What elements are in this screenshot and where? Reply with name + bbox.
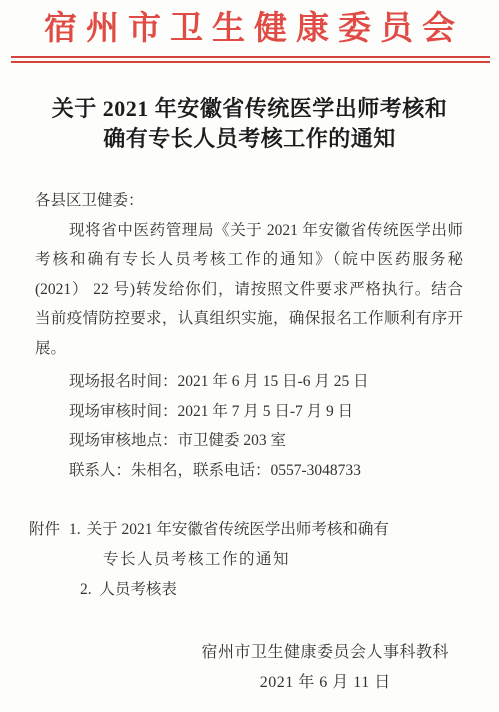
doc-body: 各县区卫健委： 现将省中医药管理局《关于 2021 年安徽省传统医学出师 考核和… xyxy=(0,186,499,485)
signature-block: 宿州市卫生健康委员会人事科教科 2021 年 6 月 11 日 xyxy=(201,638,449,698)
paragraph-line: 当前疫情防控要求，认真组织实施，确保报名工作顺利有序开 xyxy=(35,304,463,334)
letterhead: 宿州市卫生健康委员会 xyxy=(0,0,499,63)
attachment-section: 附件 1. 关于 2021 年安徽省传统医学出师考核和确有 专长人员考核工作的通… xyxy=(0,515,499,605)
attachment-row-1: 附件 1. 关于 2021 年安徽省传统医学出师考核和确有 xyxy=(29,515,499,545)
letterhead-divider xyxy=(11,56,490,63)
doc-title-line2: 确有专长人员考核工作的通知 xyxy=(0,124,499,154)
info-block: 现场报名时间：2021 年 6 月 15 日-6 月 25 日 现场审核时间：2… xyxy=(69,367,499,485)
doc-title-line1: 关于 2021 年安徽省传统医学出师考核和 xyxy=(0,94,499,124)
main-paragraph: 现将省中医药管理局《关于 2021 年安徽省传统医学出师 考核和确有专长人员考核… xyxy=(35,216,463,364)
doc-title: 关于 2021 年安徽省传统医学出师考核和 确有专长人员考核工作的通知 xyxy=(0,94,499,154)
paragraph-line: 现将省中医药管理局《关于 2021 年安徽省传统医学出师 xyxy=(35,216,463,246)
review-time-line: 现场审核时间：2021 年 7 月 5 日-7 月 9 日 xyxy=(69,397,499,427)
attachment-item-1-text: 关于 2021 年安徽省传统医学出师考核和确有 xyxy=(87,515,389,545)
signature-date: 2021 年 6 月 11 日 xyxy=(201,668,449,698)
org-name: 宿州市卫生健康委员会 xyxy=(0,0,499,49)
paragraph-line: (2021） 22 号)转发给你们，请按照文件要求严格执行。结合 xyxy=(35,275,463,305)
contact-line: 联系人：朱相名，联系电话：0557-3048733 xyxy=(69,456,499,486)
attachment-item-1: 1. 关于 2021 年安徽省传统医学出师考核和确有 xyxy=(69,515,389,545)
salutation: 各县区卫健委： xyxy=(35,186,463,216)
attachment-item-1-continued: 专长人员考核工作的通知 xyxy=(103,545,499,575)
signature-org: 宿州市卫生健康委员会人事科教科 xyxy=(201,638,449,668)
attachment-label: 附件 xyxy=(29,515,60,545)
review-location-line: 现场审核地点：市卫健委 203 室 xyxy=(69,426,499,456)
paragraph-line: 展。 xyxy=(35,334,463,364)
document-page: 宿州市卫生健康委员会 关于 2021 年安徽省传统医学出师考核和 确有专长人员考… xyxy=(0,0,499,712)
registration-time-line: 现场报名时间：2021 年 6 月 15 日-6 月 25 日 xyxy=(69,367,499,397)
attachment-item-1-number: 1. xyxy=(69,515,81,545)
paragraph-line: 考核和确有专长人员考核工作的通知》（皖中医药服务秘 xyxy=(35,245,463,275)
attachment-item-2: 2. 人员考核表 xyxy=(80,575,499,605)
